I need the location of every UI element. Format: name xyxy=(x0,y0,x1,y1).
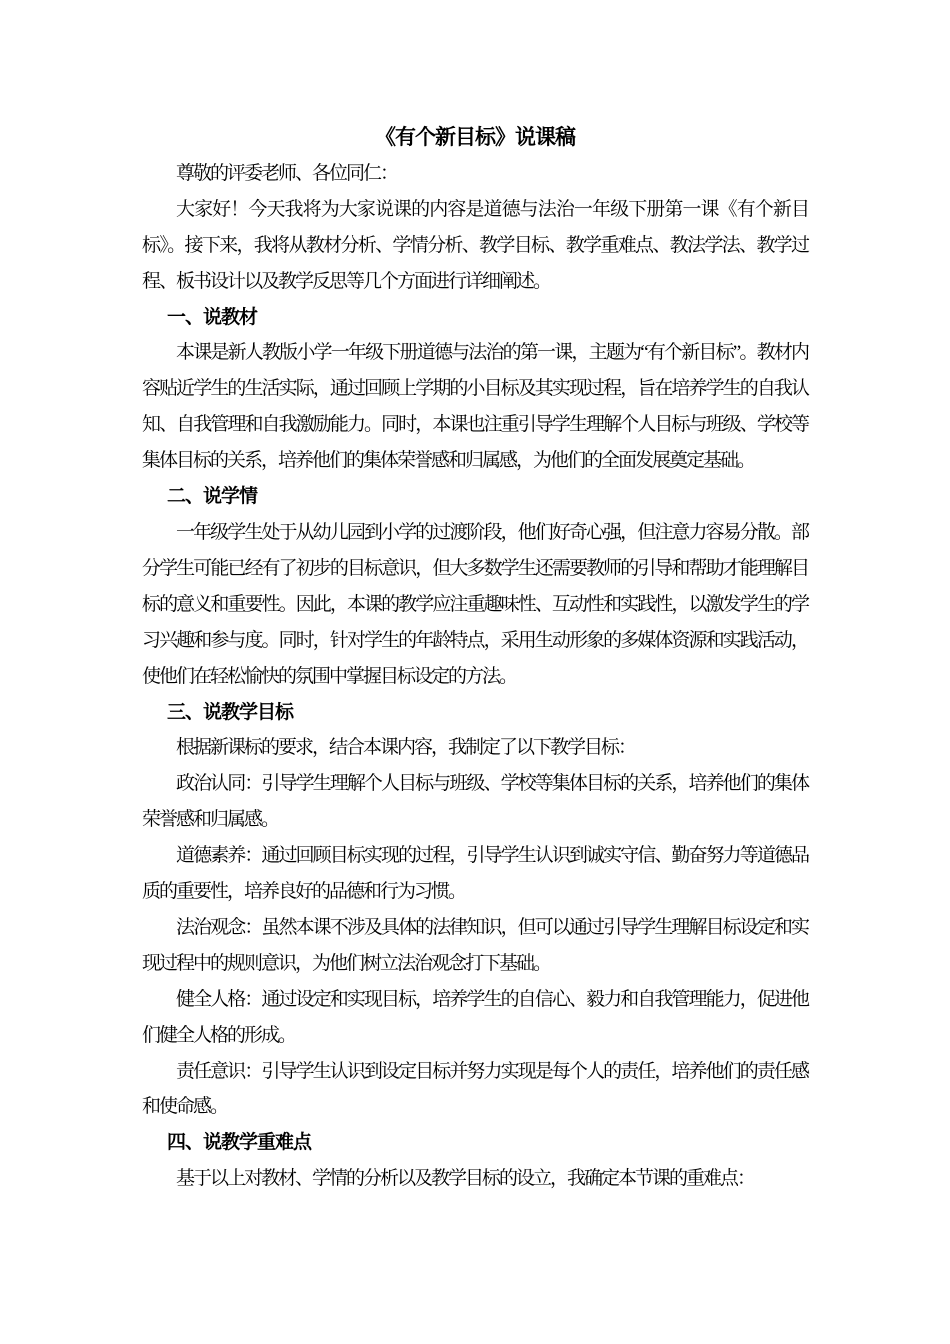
section-heading: 一、说教材 xyxy=(142,300,808,336)
body-paragraph: 法治观念：虽然本课不涉及具体的法律知识，但可以通过引导学生理解目标设定和实现过程… xyxy=(142,910,808,982)
document-body: 尊敬的评委老师、各位同仁：大家好！今天我将为大家说课的内容是道德与法治一年级下册… xyxy=(142,156,808,1197)
body-paragraph: 大家好！今天我将为大家说课的内容是道德与法治一年级下册第一课《有个新目标》。接下… xyxy=(142,192,808,300)
body-paragraph: 尊敬的评委老师、各位同仁： xyxy=(142,156,808,192)
body-paragraph: 健全人格：通过设定和实现目标，培养学生的自信心、毅力和自我管理能力，促进他们健全… xyxy=(142,982,808,1054)
document-page: 《有个新目标》说课稿 尊敬的评委老师、各位同仁：大家好！今天我将为大家说课的内容… xyxy=(0,0,950,1344)
body-paragraph: 政治认同：引导学生理解个人目标与班级、学校等集体目标的关系，培养他们的集体荣誉感… xyxy=(142,766,808,838)
section-heading: 三、说教学目标 xyxy=(142,695,808,731)
body-paragraph: 本课是新人教版小学一年级下册道德与法治的第一课，主题为“有个新目标”。教材内容贴… xyxy=(142,335,808,479)
body-paragraph: 道德素养：通过回顾目标实现的过程，引导学生认识到诚实守信、勤奋努力等道德品质的重… xyxy=(142,838,808,910)
section-heading: 四、说教学重难点 xyxy=(142,1125,808,1161)
body-paragraph: 一年级学生处于从幼儿园到小学的过渡阶段，他们好奇心强，但注意力容易分散。部分学生… xyxy=(142,515,808,695)
body-paragraph: 根据新课标的要求，结合本课内容，我制定了以下教学目标： xyxy=(142,730,808,766)
document-title: 《有个新目标》说课稿 xyxy=(142,120,808,156)
body-paragraph: 基于以上对教材、学情的分析以及教学目标的设立，我确定本节课的重难点： xyxy=(142,1161,808,1197)
section-heading: 二、说学情 xyxy=(142,479,808,515)
body-paragraph: 责任意识：引导学生认识到设定目标并努力实现是每个人的责任，培养他们的责任感和使命… xyxy=(142,1054,808,1126)
